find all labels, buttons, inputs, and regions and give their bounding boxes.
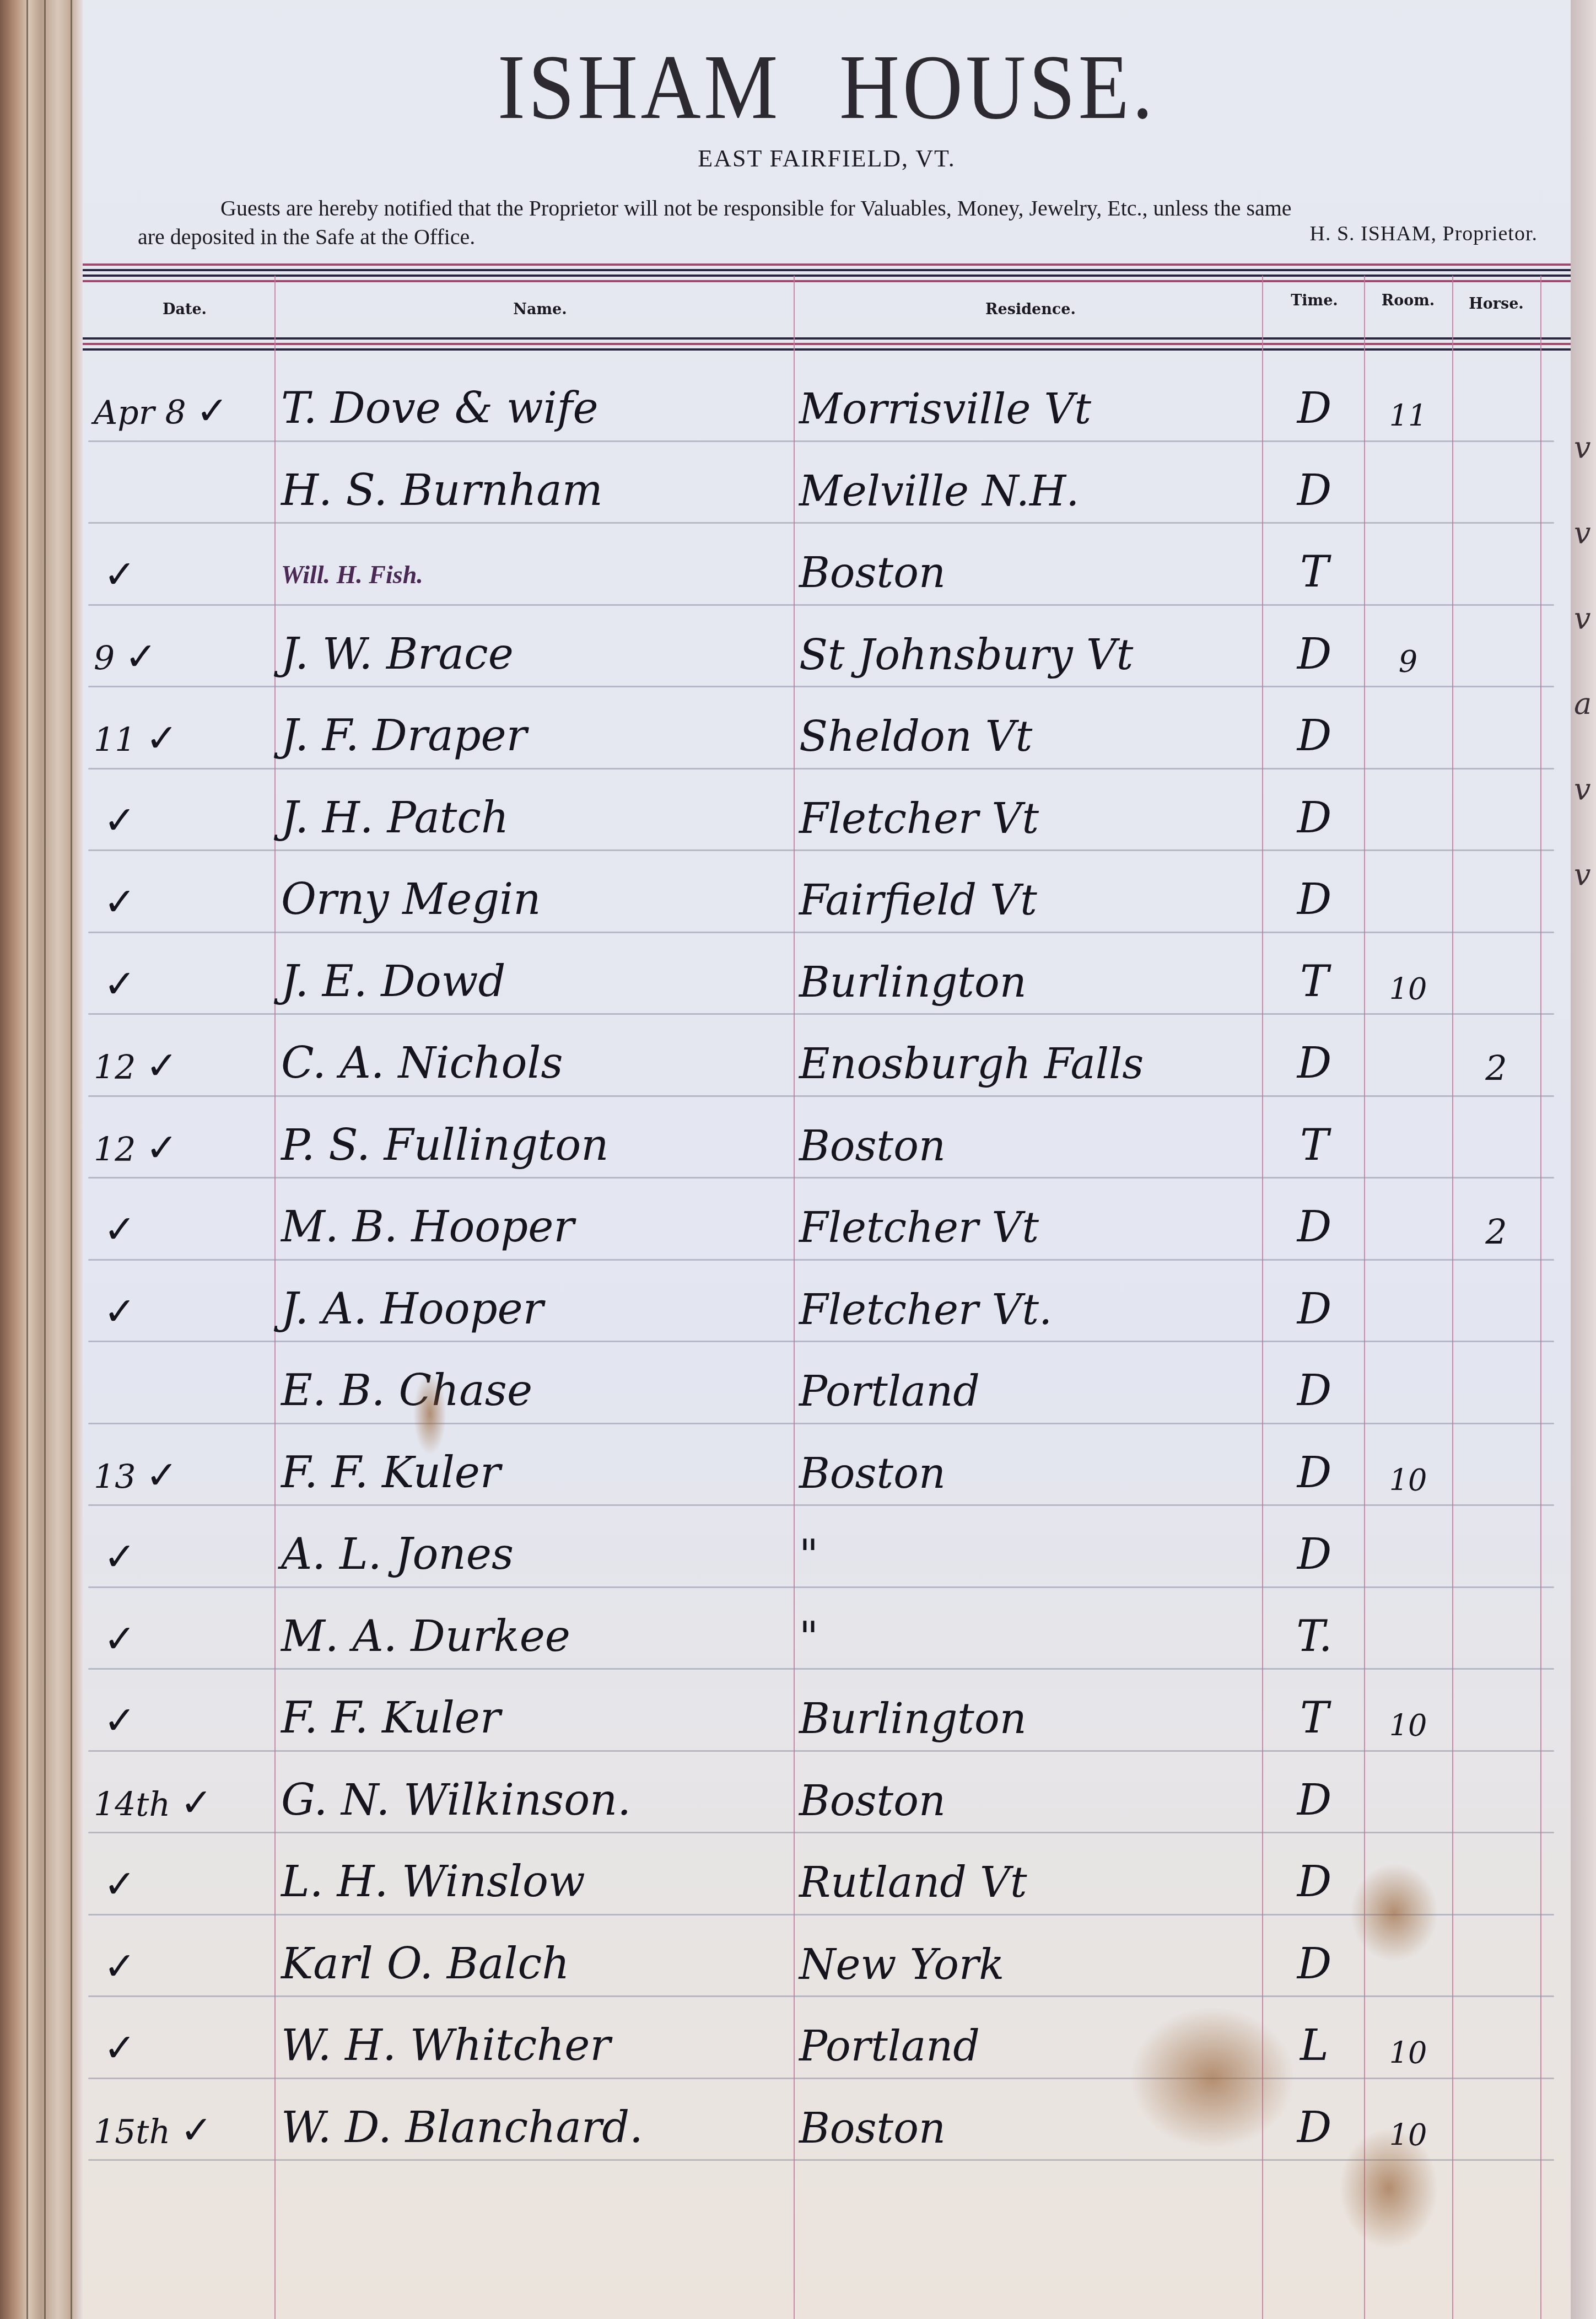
checkmark-icon: ✓ — [104, 2025, 136, 2070]
table-row: 12✓C. A. NicholsEnosburgh FallsD2 — [83, 1013, 1571, 1096]
guest-name: Karl O. Balch — [281, 1939, 569, 1989]
guest-residence: Boston — [799, 1121, 946, 1170]
entry-date: ✓ — [94, 1616, 276, 1661]
guest-name: J. H. Patch — [281, 793, 509, 843]
table-row: ✓J. E. DowdBurlingtonT10 — [83, 932, 1571, 1014]
guest-residence: Burlington — [799, 1694, 1027, 1743]
checkmark-icon: ✓ — [104, 1616, 136, 1661]
guest-name: E. B. Chase — [281, 1366, 532, 1416]
horse-count: 2 — [1455, 1212, 1538, 1252]
spine-crease — [71, 0, 72, 2319]
checkmark-icon: ✓ — [104, 1861, 136, 1907]
arrival-time: D — [1268, 1530, 1361, 1579]
table-row: ✓Will. H. Fish.BostonT — [83, 522, 1571, 605]
entry-date: ✓ — [94, 1289, 276, 1334]
checkmark-icon: ✓ — [104, 1534, 136, 1579]
header-bottom-rule — [83, 337, 1571, 354]
entry-date: ✓ — [94, 961, 276, 1007]
entry-date: ✓ — [94, 552, 276, 597]
entry-date: 13✓ — [94, 1452, 276, 1498]
checkmark-icon: ✓ — [125, 634, 157, 679]
entry-date — [94, 470, 276, 515]
arrival-time: D — [1268, 793, 1361, 843]
checkmark-icon: ✓ — [104, 552, 136, 597]
checkmark-icon: ✓ — [104, 1698, 136, 1743]
table-row: H. S. BurnhamMelville N.H.D — [83, 440, 1571, 523]
guest-name: Orny Megin — [281, 875, 541, 924]
proprietor-signature: H. S. ISHAM, Proprietor. — [1309, 222, 1538, 246]
room-number: 10 — [1367, 972, 1449, 1007]
arrival-time: D — [1268, 1775, 1361, 1825]
column-header-horse: Horse. — [1455, 295, 1538, 313]
checkmark-icon: ✓ — [104, 879, 136, 924]
spine-crease — [26, 0, 28, 2319]
table-row: ✓J. A. HooperFletcher Vt.D — [83, 1259, 1571, 1342]
guest-name: J. W. Brace — [281, 629, 514, 679]
checkmark-icon: ✓ — [104, 1207, 136, 1252]
arrival-time: T — [1268, 1121, 1361, 1170]
table-row: ✓W. H. WhitcherPortlandL10 — [83, 1995, 1571, 2078]
room-number: 9 — [1367, 644, 1449, 679]
guest-name: Will. H. Fish. — [281, 560, 423, 589]
room-number: 10 — [1367, 1708, 1449, 1743]
checkmark-icon: ✓ — [145, 715, 178, 761]
column-header-row: Date. Name. Residence. Time. Room. Horse… — [83, 281, 1571, 342]
guest-name: P. S. Fullington — [281, 1121, 608, 1170]
arrival-time: D — [1268, 629, 1361, 679]
table-row: ✓L. H. WinslowRutland VtD — [83, 1832, 1571, 1914]
arrival-time: D — [1268, 466, 1361, 515]
guest-residence: Portland — [799, 1366, 980, 1416]
date-text: 12 — [94, 1131, 136, 1169]
entry-date: 12✓ — [94, 1125, 276, 1170]
guest-name: M. A. Durkee — [281, 1612, 570, 1661]
room-number: 10 — [1367, 1463, 1449, 1498]
adjacent-page-mark: v — [1574, 601, 1591, 636]
date-text: 12 — [94, 1048, 136, 1087]
arrival-time: D — [1268, 1039, 1361, 1088]
arrival-time: D — [1268, 875, 1361, 924]
date-text: 14th — [94, 1785, 170, 1824]
entry-date: ✓ — [94, 1534, 276, 1579]
guest-name: J. E. Dowd — [281, 957, 506, 1007]
entry-date: ✓ — [94, 2025, 276, 2070]
entry-date: ✓ — [94, 1207, 276, 1252]
table-row: 12✓P. S. FullingtonBostonT — [83, 1095, 1571, 1178]
ink-stain — [413, 1373, 446, 1455]
arrival-time: D — [1268, 1202, 1361, 1252]
guest-residence: Morrisville Vt — [799, 384, 1091, 433]
entry-date: 15th✓ — [94, 2107, 276, 2153]
guest-name: J. F. Draper — [281, 711, 527, 761]
table-row: E. B. ChasePortlandD — [83, 1341, 1571, 1423]
checkmark-icon: ✓ — [104, 1944, 136, 1989]
entry-date: ✓ — [94, 1698, 276, 1743]
entry-date: 14th✓ — [94, 1780, 276, 1825]
checkmark-icon: ✓ — [145, 1043, 178, 1088]
guest-name: A. L. Jones — [281, 1530, 514, 1579]
adjacent-page-mark: v — [1574, 857, 1591, 892]
adjacent-page-mark: v — [1574, 772, 1591, 806]
date-text: 9 — [94, 639, 115, 678]
guest-name: J. A. Hooper — [281, 1284, 543, 1334]
arrival-time: T. — [1268, 1612, 1361, 1661]
checkmark-icon: ✓ — [145, 1125, 178, 1170]
entry-date: ✓ — [94, 879, 276, 924]
table-row: 11✓J. F. DraperSheldon VtD — [83, 686, 1571, 768]
horse-count: 2 — [1455, 1048, 1538, 1088]
column-header-date: Date. — [94, 301, 276, 318]
guest-name: H. S. Burnham — [281, 466, 603, 515]
arrival-time: T — [1268, 957, 1361, 1007]
arrival-time: D — [1268, 1939, 1361, 1989]
ink-stain — [1339, 2128, 1438, 2249]
arrival-time: D — [1268, 711, 1361, 761]
adjacent-page-edge: vvvavv — [1571, 0, 1596, 2319]
guest-residence: Fletcher Vt — [799, 794, 1039, 843]
arrival-time: D — [1268, 1366, 1361, 1416]
guest-residence: Fairfield Vt — [799, 875, 1037, 924]
room-number: 10 — [1367, 2036, 1449, 2070]
guest-name: G. N. Wilkinson. — [281, 1775, 631, 1825]
date-text: 13 — [94, 1458, 136, 1497]
guest-residence: Boston — [799, 2103, 946, 2153]
guest-name: F. F. Kuler — [281, 1448, 500, 1498]
guest-name: M. B. Hooper — [281, 1202, 574, 1252]
checkmark-icon: ✓ — [145, 1452, 178, 1498]
table-row: ✓J. H. PatchFletcher VtD — [83, 768, 1571, 851]
spine-crease — [44, 0, 46, 2319]
table-row: 9✓J. W. BraceSt Johnsbury VtD9 — [83, 604, 1571, 687]
guest-residence: St Johnsbury Vt — [799, 630, 1133, 679]
checkmark-icon: ✓ — [104, 798, 136, 843]
book-spine — [0, 0, 83, 2319]
guest-residence: Portland — [799, 2021, 980, 2070]
guest-name: F. F. Kuler — [281, 1693, 500, 1743]
table-row: ✓A. L. Jones"D — [83, 1504, 1571, 1587]
adjacent-page-mark: v — [1574, 430, 1591, 465]
checkmark-icon: ✓ — [180, 2107, 213, 2153]
checkmark-icon: ✓ — [196, 388, 229, 433]
guest-residence: Boston — [799, 548, 946, 597]
adjacent-page-mark: a — [1574, 686, 1592, 721]
room-number: 11 — [1367, 399, 1449, 433]
entry-date: ✓ — [94, 1861, 276, 1907]
column-header-name: Name. — [281, 301, 799, 318]
entry-date: 11✓ — [94, 715, 276, 761]
ink-stain — [1130, 2006, 1295, 2150]
entry-date: ✓ — [94, 798, 276, 843]
guest-residence: Melville N.H. — [799, 466, 1079, 515]
guest-residence: " — [799, 1612, 818, 1661]
guest-residence: New York — [799, 1940, 1004, 1989]
arrival-time: D — [1268, 384, 1361, 433]
arrival-time: D — [1268, 1284, 1361, 1334]
guest-name: C. A. Nichols — [281, 1039, 563, 1088]
date-text: 15th — [94, 2113, 170, 2151]
notice-line-1: Guests are hereby notified that the Prop… — [138, 194, 1571, 223]
table-row: ✓Orny MeginFairfield VtD — [83, 849, 1571, 932]
hotel-location: EAST FAIRFIELD, VT. — [83, 144, 1571, 173]
column-header-time: Time. — [1268, 292, 1361, 309]
date-text: 11 — [94, 721, 136, 760]
adjacent-page-mark: v — [1574, 515, 1591, 550]
guest-residence: Fletcher Vt. — [799, 1285, 1052, 1334]
guest-name: T. Dove & wife — [281, 384, 598, 433]
guest-name: L. H. Winslow — [281, 1857, 585, 1907]
entry-date: Apr 8✓ — [94, 388, 276, 433]
column-header-room: Room. — [1367, 292, 1449, 309]
arrival-time: D — [1268, 1857, 1361, 1907]
column-header-residence: Residence. — [799, 301, 1262, 318]
table-row: ✓Karl O. BalchNew YorkD — [83, 1914, 1571, 1997]
entry-date: 9✓ — [94, 634, 276, 679]
table-row: Apr 8✓T. Dove & wifeMorrisville VtD11 — [83, 358, 1571, 441]
arrival-time: T — [1268, 1693, 1361, 1743]
checkmark-icon: ✓ — [104, 1289, 136, 1334]
register-page: ISHAM HOUSE. EAST FAIRFIELD, VT. Guests … — [83, 0, 1571, 2319]
hotel-title: ISHAM HOUSE. — [157, 34, 1496, 141]
arrival-time: T — [1268, 547, 1361, 597]
guest-residence: Boston — [799, 1449, 946, 1498]
guest-residence: " — [799, 1530, 818, 1579]
guest-residence: Sheldon Vt — [799, 712, 1032, 761]
table-row: 15th✓W. D. Blanchard.BostonD10 — [83, 2078, 1571, 2160]
entry-date: ✓ — [94, 1944, 276, 1989]
table-row: 13✓F. F. KulerBostonD10 — [83, 1423, 1571, 1505]
entry-date — [94, 1370, 276, 1416]
guest-residence: Burlington — [799, 957, 1027, 1007]
entry-date: 12✓ — [94, 1043, 276, 1088]
table-row: ✓F. F. KulerBurlingtonT10 — [83, 1668, 1571, 1751]
table-row: 14th✓G. N. Wilkinson.BostonD — [83, 1750, 1571, 1833]
guest-residence: Boston — [799, 1776, 946, 1825]
guest-residence: Enosburgh Falls — [799, 1039, 1144, 1088]
guest-name: W. D. Blanchard. — [281, 2103, 643, 2153]
arrival-time: D — [1268, 1448, 1361, 1498]
guest-residence: Rutland Vt — [799, 1858, 1027, 1907]
checkmark-icon: ✓ — [104, 961, 136, 1007]
guest-residence: Fletcher Vt — [799, 1203, 1039, 1252]
table-row: ✓M. B. HooperFletcher VtD2 — [83, 1177, 1571, 1260]
guest-name: W. H. Whitcher — [281, 2021, 611, 2070]
ink-stain — [1350, 1863, 1438, 1962]
checkmark-icon: ✓ — [180, 1780, 213, 1825]
table-row: ✓M. A. Durkee"T. — [83, 1586, 1571, 1669]
date-text: Apr 8 — [94, 394, 186, 432]
